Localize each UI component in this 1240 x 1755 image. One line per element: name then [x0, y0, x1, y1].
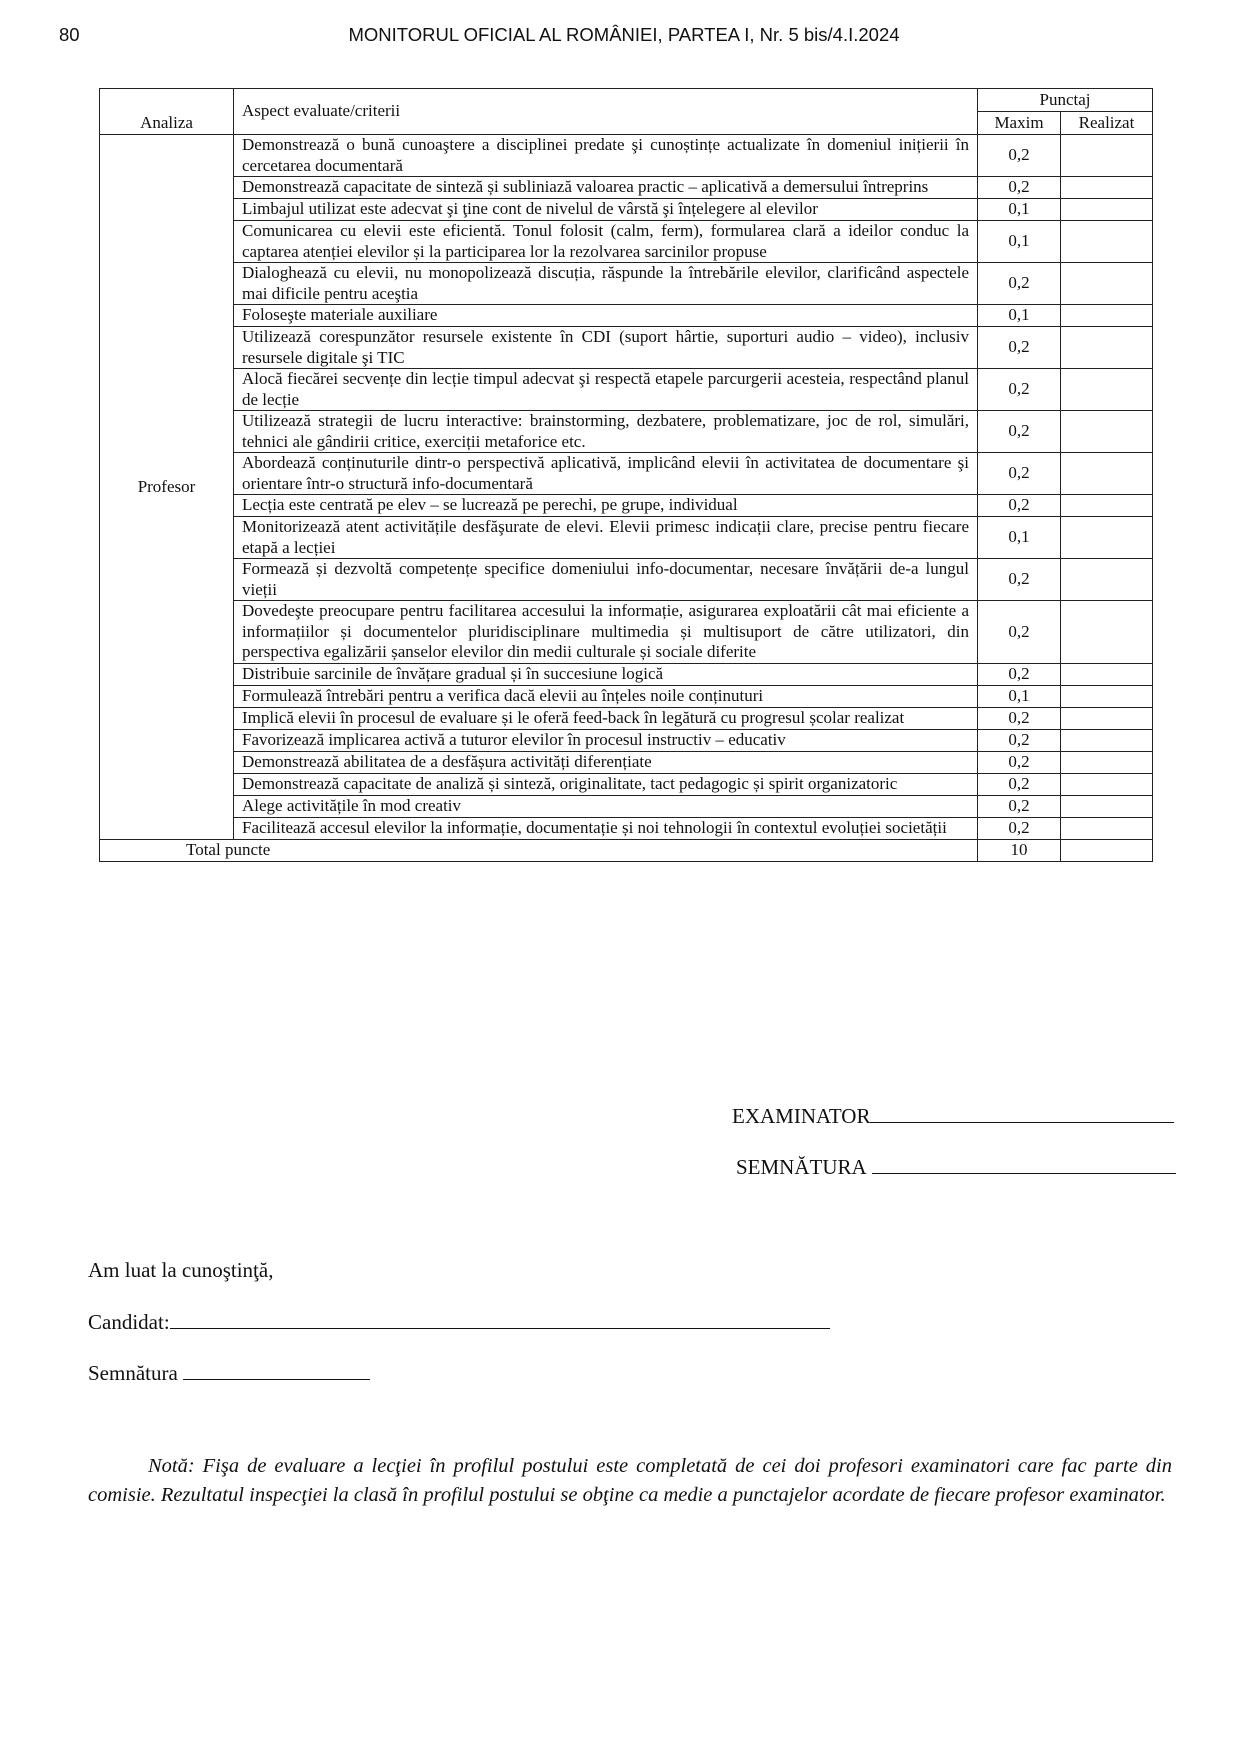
criterion-text: Alocă fiecărei secvențe din lecție timpu…: [234, 369, 978, 411]
criterion-text: Formulează întrebări pentru a verifica d…: [234, 685, 978, 707]
criterion-max-score: 0,2: [978, 453, 1061, 495]
criterion-max-score: 0,2: [978, 729, 1061, 751]
criterion-text: Dovedeşte preocupare pentru facilitarea …: [234, 601, 978, 664]
criterion-text: Facilitează accesul elevilor la informaț…: [234, 817, 978, 839]
header-aspect: Aspect evaluate/criterii: [234, 89, 978, 135]
acknowledgement: Am luat la cunoştinţă,: [88, 1258, 273, 1283]
criterion-text: Monitorizează atent activitățile desfăşu…: [234, 517, 978, 559]
examinator-name-field[interactable]: [870, 1121, 1174, 1123]
criterion-max-score: 0,2: [978, 135, 1061, 177]
criterion-realizat-field[interactable]: [1061, 453, 1153, 495]
candidat-line: Candidat:: [88, 1310, 830, 1335]
criterion-text: Utilizează strategii de lucru interactiv…: [234, 411, 978, 453]
criterion-realizat-field[interactable]: [1061, 199, 1153, 221]
criterion-text: Demonstrează abilitatea de a desfășura a…: [234, 751, 978, 773]
criterion-realizat-field[interactable]: [1061, 795, 1153, 817]
examinator-line: EXAMINATOR: [732, 1104, 1174, 1129]
table-row: Comunicarea cu elevii este eficientă. To…: [100, 221, 1153, 263]
criterion-text: Dialoghează cu elevii, nu monopolizează …: [234, 263, 978, 305]
criterion-max-score: 0,1: [978, 517, 1061, 559]
table-row: Dialoghează cu elevii, nu monopolizează …: [100, 263, 1153, 305]
candidat-label: Candidat:: [88, 1310, 170, 1334]
criterion-realizat-field[interactable]: [1061, 663, 1153, 685]
table-row: Foloseşte materiale auxiliare0,1: [100, 305, 1153, 327]
examinator-label: EXAMINATOR: [732, 1104, 870, 1128]
criterion-realizat-field[interactable]: [1061, 263, 1153, 305]
table-row: Formulează întrebări pentru a verifica d…: [100, 685, 1153, 707]
total-realizat-field[interactable]: [1061, 839, 1153, 861]
criterion-max-score: 0,2: [978, 707, 1061, 729]
candidat-signature-line: Semnătura: [88, 1361, 370, 1386]
criterion-max-score: 0,2: [978, 327, 1061, 369]
criteria-rows: ProfesorDemonstrează o bună cunoaştere a…: [100, 135, 1153, 840]
criterion-realizat-field[interactable]: [1061, 729, 1153, 751]
evaluation-table: Analiza Aspect evaluate/criterii Punctaj…: [99, 88, 1153, 862]
page-header: 80 MONITORUL OFICIAL AL ROMÂNIEI, PARTEA…: [0, 24, 1240, 50]
journal-title: MONITORUL OFICIAL AL ROMÂNIEI, PARTEA I,…: [0, 24, 1240, 46]
total-label: Total puncte: [100, 839, 978, 861]
criterion-realizat-field[interactable]: [1061, 221, 1153, 263]
table-row: Alocă fiecărei secvențe din lecție timpu…: [100, 369, 1153, 411]
criterion-realizat-field[interactable]: [1061, 685, 1153, 707]
criterion-realizat-field[interactable]: [1061, 135, 1153, 177]
group-label-profesor: Profesor: [100, 135, 234, 840]
criterion-text: Alege activitățile în mod creativ: [234, 795, 978, 817]
criterion-realizat-field[interactable]: [1061, 305, 1153, 327]
table-row: Monitorizează atent activitățile desfăşu…: [100, 517, 1153, 559]
criterion-realizat-field[interactable]: [1061, 495, 1153, 517]
table-row: Demonstrează capacitate de sinteză și su…: [100, 177, 1153, 199]
criterion-realizat-field[interactable]: [1061, 177, 1153, 199]
criterion-max-score: 0,2: [978, 559, 1061, 601]
criterion-text: Comunicarea cu elevii este eficientă. To…: [234, 221, 978, 263]
table-row: Lecția este centrată pe elev – se lucrea…: [100, 495, 1153, 517]
criterion-text: Foloseşte materiale auxiliare: [234, 305, 978, 327]
candidat-name-field[interactable]: [170, 1327, 830, 1329]
criterion-realizat-field[interactable]: [1061, 773, 1153, 795]
candidat-signature-field[interactable]: [183, 1378, 370, 1380]
criterion-text: Favorizează implicarea activă a tuturor …: [234, 729, 978, 751]
criterion-max-score: 0,2: [978, 411, 1061, 453]
table-row: Abordează conținuturile dintr-o perspect…: [100, 453, 1153, 495]
total-maxim: 10: [978, 839, 1061, 861]
criterion-text: Formează și dezvoltă competențe specific…: [234, 559, 978, 601]
header-realizat: Realizat: [1061, 112, 1153, 135]
examinator-signature-field[interactable]: [872, 1172, 1176, 1174]
criterion-max-score: 0,2: [978, 263, 1061, 305]
criterion-realizat-field[interactable]: [1061, 411, 1153, 453]
criterion-realizat-field[interactable]: [1061, 751, 1153, 773]
criterion-text: Distribuie sarcinile de învățare gradual…: [234, 663, 978, 685]
criterion-text: Limbajul utilizat este adecvat şi ţine c…: [234, 199, 978, 221]
criterion-max-score: 0,1: [978, 221, 1061, 263]
table-row: Demonstrează capacitate de analiză și si…: [100, 773, 1153, 795]
criterion-max-score: 0,1: [978, 685, 1061, 707]
criterion-realizat-field[interactable]: [1061, 707, 1153, 729]
table-row: Utilizează corespunzător resursele exist…: [100, 327, 1153, 369]
table-row: Favorizează implicarea activă a tuturor …: [100, 729, 1153, 751]
criterion-text: Lecția este centrată pe elev – se lucrea…: [234, 495, 978, 517]
examinator-signature-label: SEMNĂTURA: [736, 1155, 867, 1179]
criterion-max-score: 0,2: [978, 751, 1061, 773]
header-analiza: Analiza: [100, 89, 234, 135]
criterion-max-score: 0,1: [978, 199, 1061, 221]
criterion-text: Abordează conținuturile dintr-o perspect…: [234, 453, 978, 495]
criterion-max-score: 0,1: [978, 305, 1061, 327]
examinator-signature-line: SEMNĂTURA: [736, 1155, 1176, 1180]
criterion-max-score: 0,2: [978, 795, 1061, 817]
criterion-realizat-field[interactable]: [1061, 559, 1153, 601]
header-maxim: Maxim: [978, 112, 1061, 135]
criterion-max-score: 0,2: [978, 773, 1061, 795]
table-row: Limbajul utilizat este adecvat şi ţine c…: [100, 199, 1153, 221]
candidat-signature-label: Semnătura: [88, 1361, 178, 1385]
criterion-max-score: 0,2: [978, 369, 1061, 411]
criterion-max-score: 0,2: [978, 601, 1061, 664]
criterion-max-score: 0,2: [978, 817, 1061, 839]
criterion-max-score: 0,2: [978, 177, 1061, 199]
criterion-realizat-field[interactable]: [1061, 517, 1153, 559]
criterion-max-score: 0,2: [978, 663, 1061, 685]
footnote: Notă: Fişa de evaluare a lecţiei în prof…: [88, 1452, 1172, 1510]
criterion-realizat-field[interactable]: [1061, 601, 1153, 664]
table-row: Formează și dezvoltă competențe specific…: [100, 559, 1153, 601]
criterion-text: Demonstrează capacitate de sinteză și su…: [234, 177, 978, 199]
table-row: Implică elevii în procesul de evaluare ș…: [100, 707, 1153, 729]
header-punctaj: Punctaj: [978, 89, 1153, 112]
criterion-realizat-field[interactable]: [1061, 369, 1153, 411]
criterion-text: Demonstrează o bună cunoaştere a discipl…: [234, 135, 978, 177]
table-row: Utilizează strategii de lucru interactiv…: [100, 411, 1153, 453]
criterion-max-score: 0,2: [978, 495, 1061, 517]
criterion-realizat-field[interactable]: [1061, 327, 1153, 369]
total-row: Total puncte 10: [100, 839, 1153, 861]
table-row: Distribuie sarcinile de învățare gradual…: [100, 663, 1153, 685]
table-row: ProfesorDemonstrează o bună cunoaştere a…: [100, 135, 1153, 177]
table-row: Facilitează accesul elevilor la informaț…: [100, 817, 1153, 839]
criterion-text: Demonstrează capacitate de analiză și si…: [234, 773, 978, 795]
criterion-text: Implică elevii în procesul de evaluare ș…: [234, 707, 978, 729]
criterion-text: Utilizează corespunzător resursele exist…: [234, 327, 978, 369]
criterion-realizat-field[interactable]: [1061, 817, 1153, 839]
table-row: Dovedeşte preocupare pentru facilitarea …: [100, 601, 1153, 664]
table-row: Alege activitățile în mod creativ0,2: [100, 795, 1153, 817]
table-row: Demonstrează abilitatea de a desfășura a…: [100, 751, 1153, 773]
